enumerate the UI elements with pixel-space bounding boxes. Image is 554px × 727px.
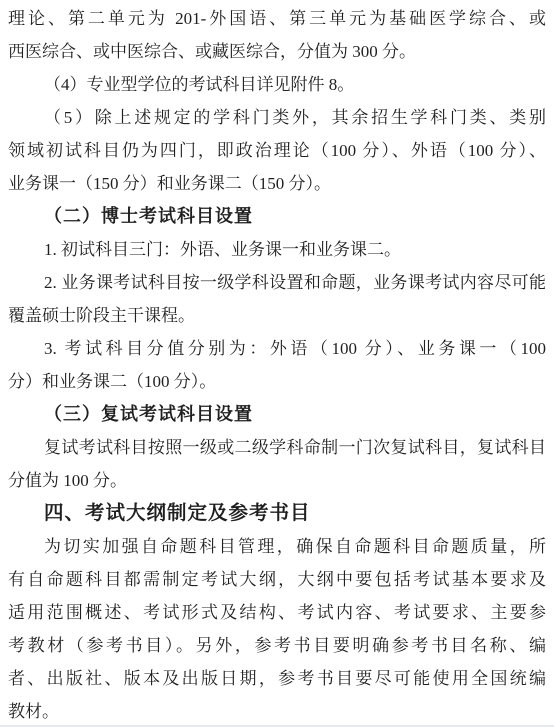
document-line: 适用范围概述、考试形式及结构、考试内容、考试要求、主要参 — [8, 596, 546, 629]
document-line: 西医综合、或中医综合、或藏医综合，分值为 300 分。 — [8, 35, 546, 68]
section-heading-line: （三）复试考试科目设置 — [8, 398, 546, 431]
document-line: 2. 业务课考试科目按一级学科设置和命题，业务课考试内容尽可能 — [8, 266, 546, 299]
document-line: 分）和业务课二（100 分）。 — [8, 365, 546, 398]
document-line: 复试考试科目按照一级或二级学科命制一门次复试科目，复试科目 — [8, 431, 546, 464]
document-line: 1. 初试科目三门：外语、业务课一和业务课二。 — [8, 233, 546, 266]
document-line: 领域初试科目仍为四门，即政治理论（100 分）、外语（100 分）、 — [8, 134, 546, 167]
document-line: 3. 考试科目分值分别为：外语（100 分）、业务课一（100 — [8, 332, 546, 365]
document-text-block: 理论、第二单元为 201-外国语、第三单元为基础医学综合、或西医综合、或中医综合… — [8, 2, 546, 727]
chapter-heading-line: 四、考试大纲制定及参考书目 — [8, 497, 546, 530]
document-line: 理论、第二单元为 201-外国语、第三单元为基础医学综合、或 — [8, 2, 546, 35]
document-line: （4）专业型学位的考试科目详见附件 8。 — [8, 68, 546, 101]
document-line: 考教材（参考书目）。另外，参考书目要明确参考书目名称、编 — [8, 629, 546, 662]
document-line: （5）除上述规定的学科门类外，其余招生学科门类、类别 — [8, 101, 546, 134]
document-line: 分值为 100 分。 — [8, 464, 546, 497]
document-line: 业务课一（150 分）和业务课二（150 分）。 — [8, 167, 546, 200]
document-line: 覆盖硕士阶段主干课程。 — [8, 299, 546, 332]
document-page: 理论、第二单元为 201-外国语、第三单元为基础医学综合、或西医综合、或中医综合… — [0, 0, 554, 727]
document-line: 教材。 — [8, 695, 546, 727]
section-heading-line: （二）博士考试科目设置 — [8, 200, 546, 233]
document-line: 为切实加强自命题科目管理，确保自命题科目命题质量，所 — [8, 530, 546, 563]
document-line: 者、出版社、版本及出版日期，参考书目要尽可能使用全国统编 — [8, 662, 546, 695]
document-line: 有自命题科目都需制定考试大纲，大纲中要包括考试基本要求及 — [8, 563, 546, 596]
